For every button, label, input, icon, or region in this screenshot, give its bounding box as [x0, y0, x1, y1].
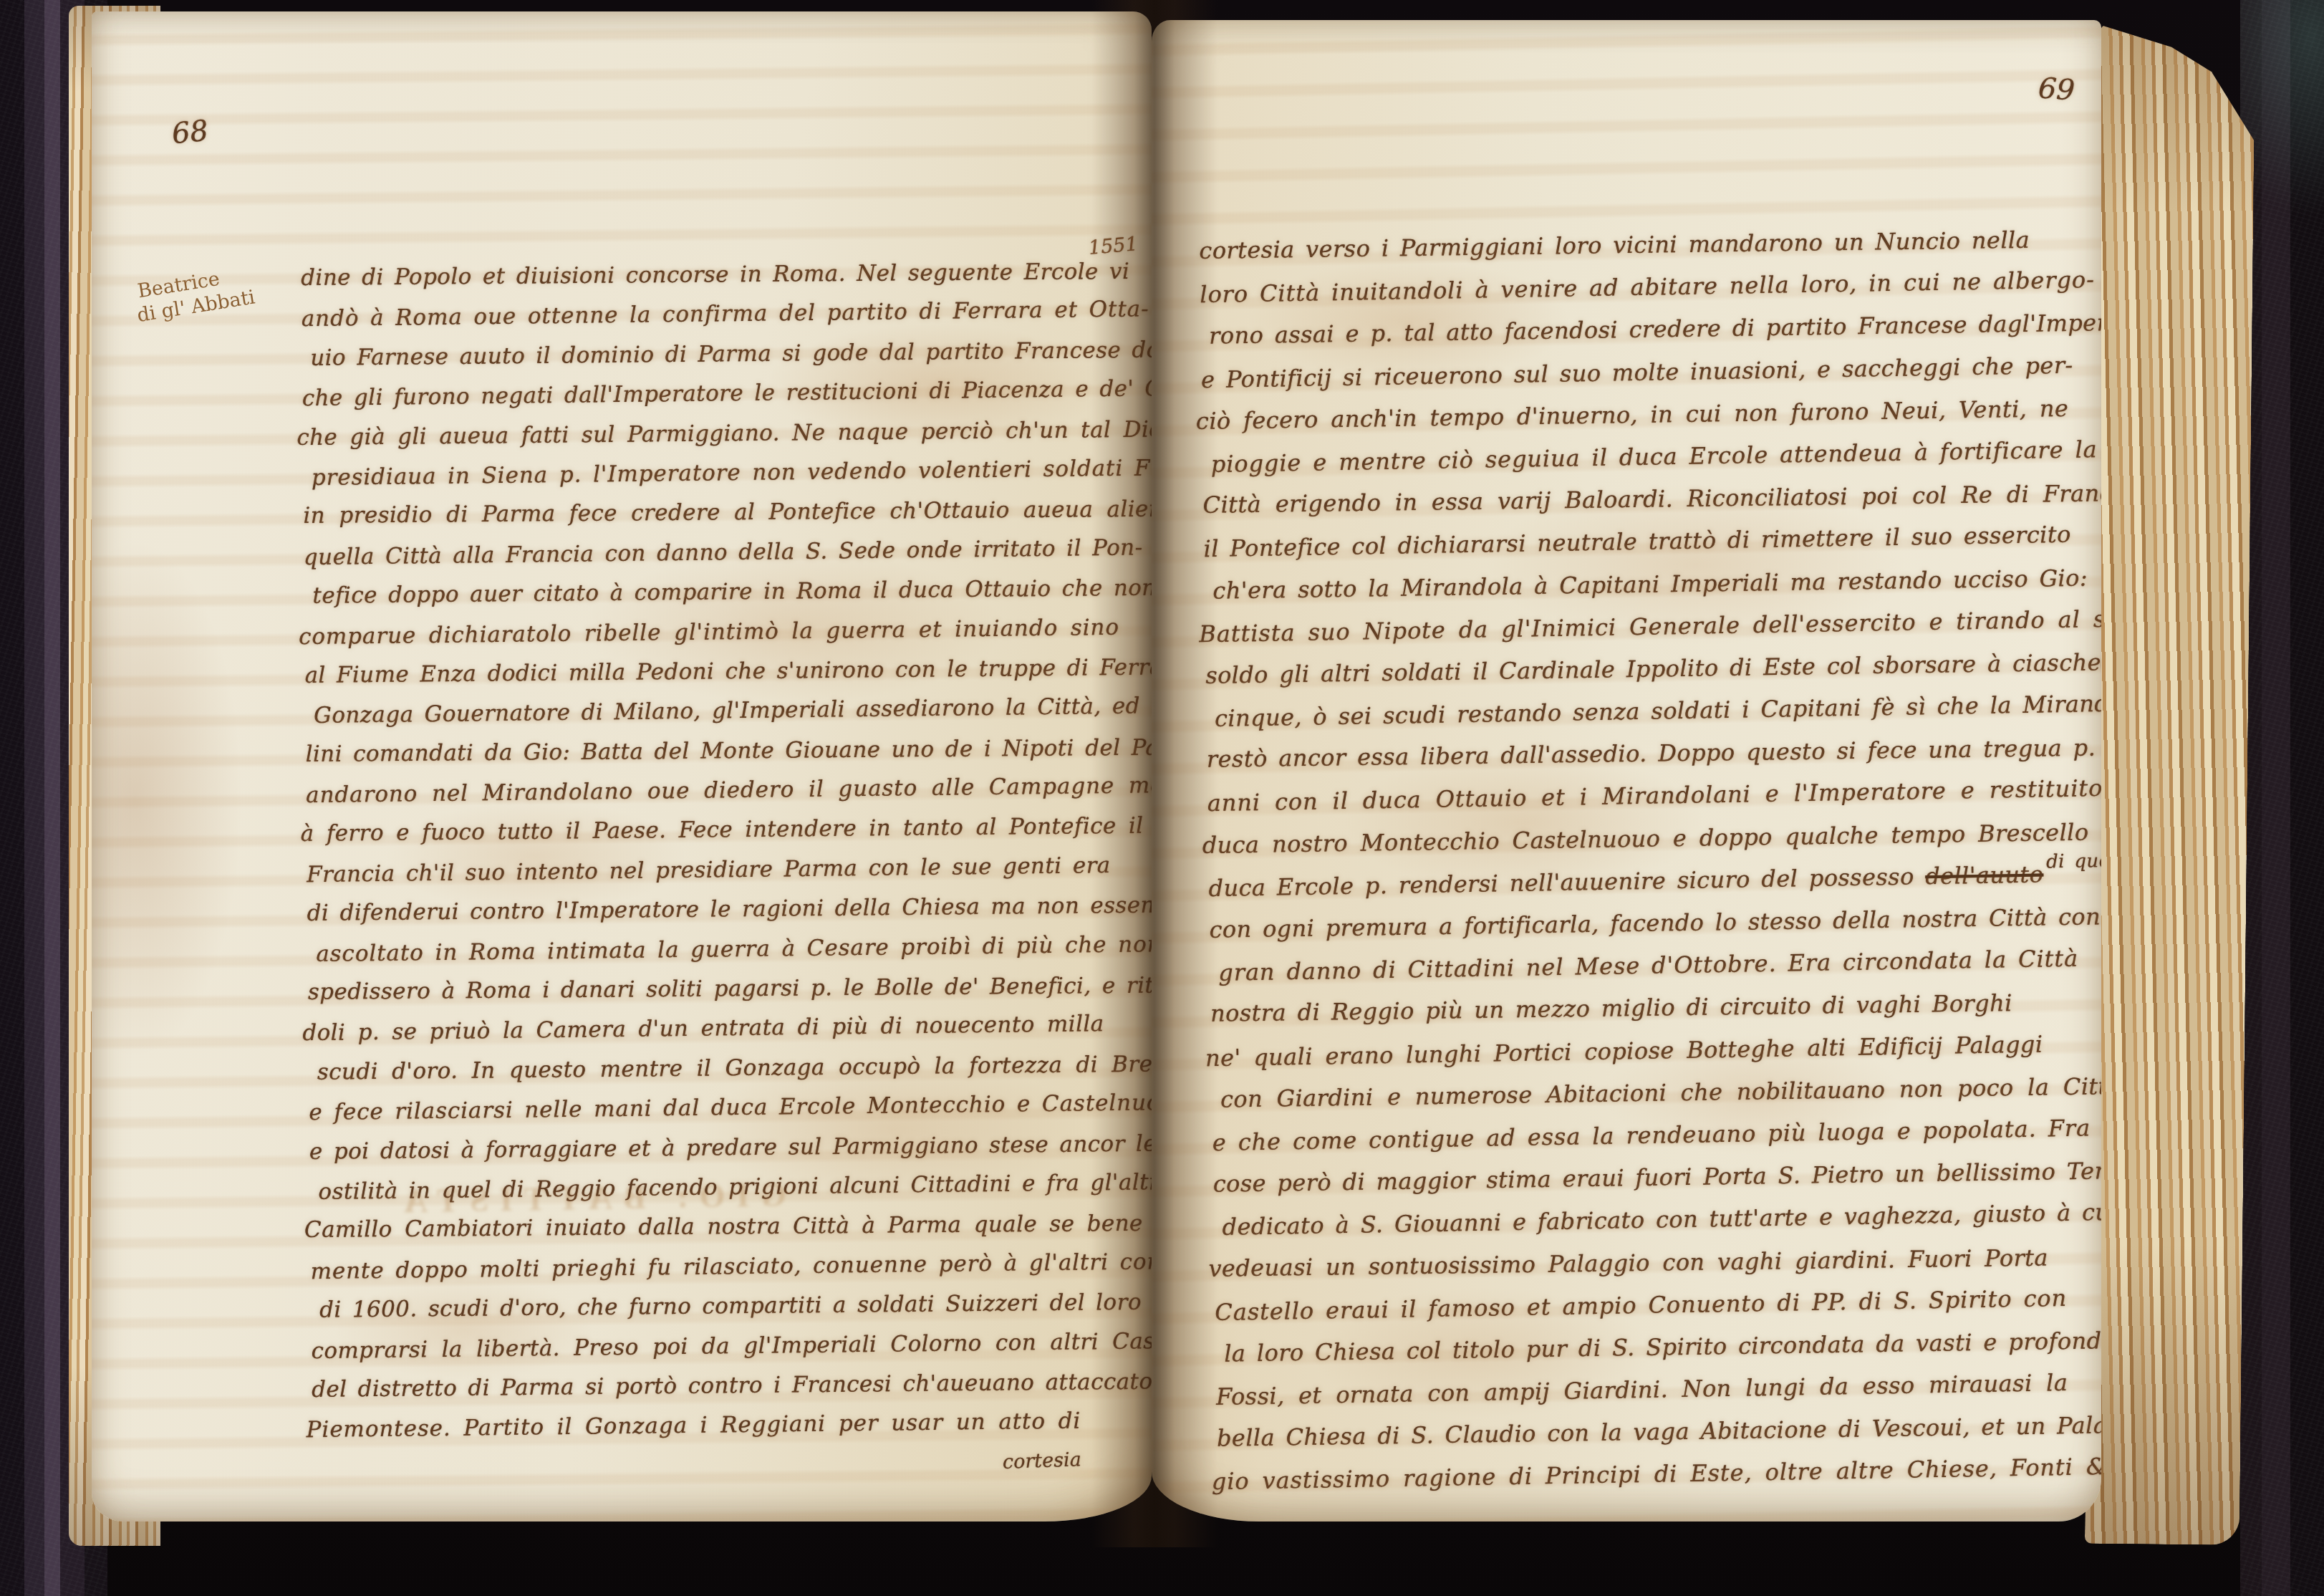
catchword-right: ch' erano: [1863, 1520, 1954, 1522]
page-stack-deckle-edge: [2085, 25, 2255, 1545]
manuscript-photo: 68 Beatrice di gl' Abbati 1551 GIO: BATT…: [0, 0, 2324, 1596]
page-number-right: 69: [2037, 72, 2075, 107]
left-text-block: dine di Popolo et diuisioni concorse in …: [301, 251, 1143, 1450]
text-line-segment: duca Ercole p. rendersi nell'auuenire si…: [1208, 862, 1914, 902]
margin-note: Beatrice di gl' Abbati: [136, 262, 256, 327]
page-number-left: 68: [170, 114, 210, 150]
struck-out-word: dell'auuto: [1925, 860, 2044, 890]
inserted-word-above-line: di questo: [2046, 850, 2101, 872]
right-text-block: cortesia verso i Parmiggiani loro vicini…: [1199, 218, 2098, 1503]
catchword-left: cortesia: [1002, 1448, 1081, 1474]
left-page: 68 Beatrice di gl' Abbati 1551 GIO: BATT…: [92, 11, 1152, 1522]
text-line: Piemontese. Partito il Gonzaga i Reggian…: [306, 1401, 1143, 1451]
right-page: 69 cortesia verso i Parmiggiani loro vic…: [1152, 20, 2101, 1522]
